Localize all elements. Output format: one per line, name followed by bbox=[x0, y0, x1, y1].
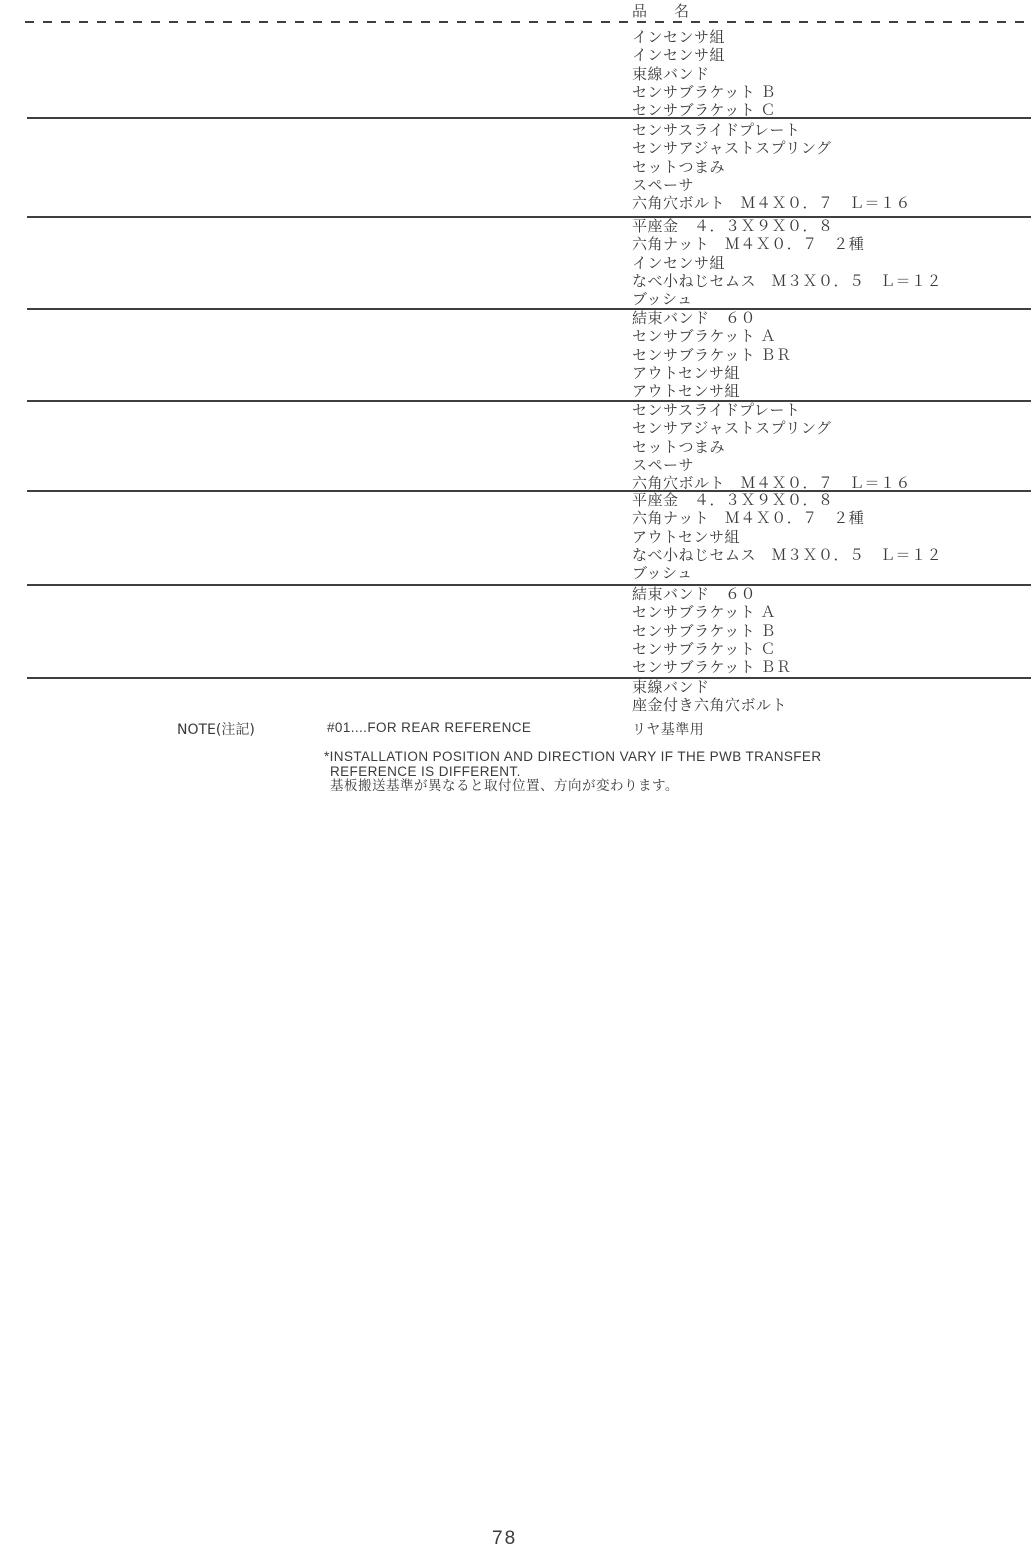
part-name: センサブラケット Ｂ bbox=[632, 622, 792, 640]
document-page: 品 名 インセンサ組 インセンサ組 束線バンド センサブラケット Ｂ センサブラ… bbox=[0, 0, 1031, 1564]
part-name: 座金付き六角穴ボルト bbox=[632, 696, 787, 714]
parts-section-7: 結束バンド ６０ センサブラケット Ａ センサブラケット Ｂ センサブラケット … bbox=[632, 585, 792, 676]
part-name: スペーサ bbox=[632, 456, 911, 474]
part-name: 結束バンド ６０ bbox=[632, 309, 792, 327]
part-name: センサブラケット Ａ bbox=[632, 603, 792, 621]
note-warning-japanese: 基板搬送基準が異なると取付位置、方向が変わります。 bbox=[324, 779, 821, 794]
part-name: セットつまみ bbox=[632, 438, 911, 456]
part-name: 六角穴ボルト Ｍ４Ｘ０．７ Ｌ＝１６ bbox=[632, 474, 911, 492]
part-name: なべ小ねじセムス Ｍ３Ｘ０．５ Ｌ＝１２ bbox=[632, 272, 942, 290]
table-divider-line bbox=[27, 117, 1031, 119]
part-name-column-header: 品 名 bbox=[632, 0, 695, 21]
parts-section-4: 結束バンド ６０ センサブラケット Ａ センサブラケット ＢＲ アウトセンサ組 … bbox=[632, 309, 792, 400]
part-name: ブッシュ bbox=[632, 290, 942, 308]
part-name: セットつまみ bbox=[632, 158, 911, 176]
table-divider-line bbox=[27, 584, 1031, 586]
parts-section-6: 平座金 ４．３Ｘ９Ｘ０．８ 六角ナット Ｍ４Ｘ０．７ ２種 アウトセンサ組 なべ… bbox=[632, 491, 942, 582]
note-warning-line-2: REFERENCE IS DIFFERENT. bbox=[324, 765, 821, 780]
part-name: センサスライドプレート bbox=[632, 121, 911, 139]
part-name: センサアジャストスプリング bbox=[632, 139, 911, 157]
part-name: スペーサ bbox=[632, 176, 911, 194]
note-reference-translation: リヤ基準用 bbox=[632, 719, 704, 739]
part-name: 六角穴ボルト Ｍ４Ｘ０．７ Ｌ＝１６ bbox=[632, 194, 911, 212]
part-name: アウトセンサ組 bbox=[632, 364, 792, 382]
note-label: NOTE(注記) bbox=[177, 719, 255, 739]
part-name: センサブラケット ＢＲ bbox=[632, 658, 792, 676]
note-reference-code: #01....FOR REAR REFERENCE bbox=[327, 720, 531, 735]
note-warning-line-1: *INSTALLATION POSITION AND DIRECTION VAR… bbox=[324, 750, 821, 765]
part-name: センサブラケット Ｂ bbox=[632, 83, 776, 101]
parts-section-1: インセンサ組 インセンサ組 束線バンド センサブラケット Ｂ センサブラケット … bbox=[632, 28, 776, 119]
part-name: センサブラケット ＢＲ bbox=[632, 346, 792, 364]
part-name: センサブラケット Ｃ bbox=[632, 640, 792, 658]
part-name: アウトセンサ組 bbox=[632, 382, 792, 400]
note-warning-block: *INSTALLATION POSITION AND DIRECTION VAR… bbox=[324, 750, 821, 794]
part-name: 平座金 ４．３Ｘ９Ｘ０．８ bbox=[632, 217, 942, 235]
parts-section-2: センサスライドプレート センサアジャストスプリング セットつまみ スペーサ 六角… bbox=[632, 121, 911, 212]
part-name: センサアジャストスプリング bbox=[632, 419, 911, 437]
parts-section-3: 平座金 ４．３Ｘ９Ｘ０．８ 六角ナット Ｍ４Ｘ０．７ ２種 インセンサ組 なべ小… bbox=[632, 217, 942, 308]
parts-section-5: センサスライドプレート センサアジャストスプリング セットつまみ スペーサ 六角… bbox=[632, 401, 911, 492]
part-name: センサブラケット Ｃ bbox=[632, 101, 776, 119]
part-name: アウトセンサ組 bbox=[632, 528, 942, 546]
part-name: インセンサ組 bbox=[632, 46, 776, 64]
part-name: インセンサ組 bbox=[632, 254, 942, 272]
part-name: 六角ナット Ｍ４Ｘ０．７ ２種 bbox=[632, 235, 942, 253]
part-name: 平座金 ４．３Ｘ９Ｘ０．８ bbox=[632, 491, 942, 509]
part-name: 結束バンド ６０ bbox=[632, 585, 792, 603]
part-name: 束線バンド bbox=[632, 678, 787, 696]
parts-section-8: 束線バンド 座金付き六角穴ボルト bbox=[632, 678, 787, 715]
part-name: センサブラケット Ａ bbox=[632, 327, 792, 345]
part-name: なべ小ねじセムス Ｍ３Ｘ０．５ Ｌ＝１２ bbox=[632, 546, 942, 564]
table-header-dashed-line bbox=[25, 21, 1024, 23]
part-name: ブッシュ bbox=[632, 564, 942, 582]
part-name: インセンサ組 bbox=[632, 28, 776, 46]
part-name: 束線バンド bbox=[632, 65, 776, 83]
table-divider-line bbox=[27, 677, 1031, 679]
part-name: センサスライドプレート bbox=[632, 401, 911, 419]
part-name: 六角ナット Ｍ４Ｘ０．７ ２種 bbox=[632, 509, 942, 527]
page-number: 78 bbox=[492, 1528, 517, 1550]
